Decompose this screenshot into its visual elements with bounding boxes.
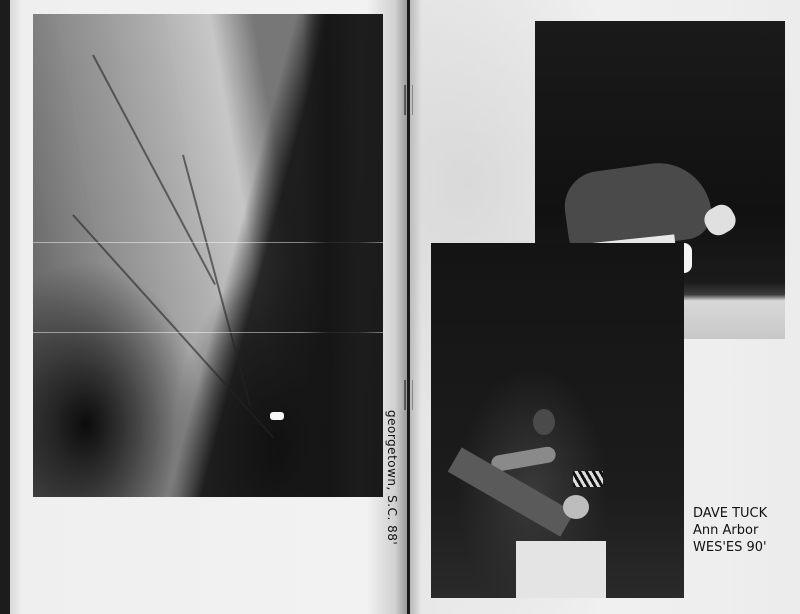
- staple-bottom: [404, 380, 413, 410]
- staple-top: [404, 85, 413, 115]
- skater-figure: [270, 412, 284, 420]
- zine-spread: georgetown, S.C. 88' DAVE TUCK Ann Arbor…: [0, 0, 800, 614]
- ramp-ridge: [182, 155, 251, 407]
- skater-head: [533, 409, 555, 435]
- ramp-coping: [516, 541, 606, 598]
- caption-line-spot: WES'ES 90': [693, 539, 767, 556]
- caption-dave-tuck: DAVE TUCK Ann Arbor WES'ES 90': [693, 505, 767, 556]
- skater-face: [563, 495, 589, 519]
- skatepark-photo: [33, 14, 383, 497]
- skater-arm: [490, 445, 557, 472]
- caption-line-name: DAVE TUCK: [693, 505, 767, 522]
- layback-photo: [431, 243, 684, 598]
- treeline: [303, 14, 383, 497]
- ramp-ridge: [72, 214, 274, 438]
- caption-line-city: Ann Arbor: [693, 522, 767, 539]
- striped-clothing: [573, 471, 603, 487]
- ramp-ridge: [92, 55, 216, 286]
- caption-georgetown: georgetown, S.C. 88': [385, 410, 399, 545]
